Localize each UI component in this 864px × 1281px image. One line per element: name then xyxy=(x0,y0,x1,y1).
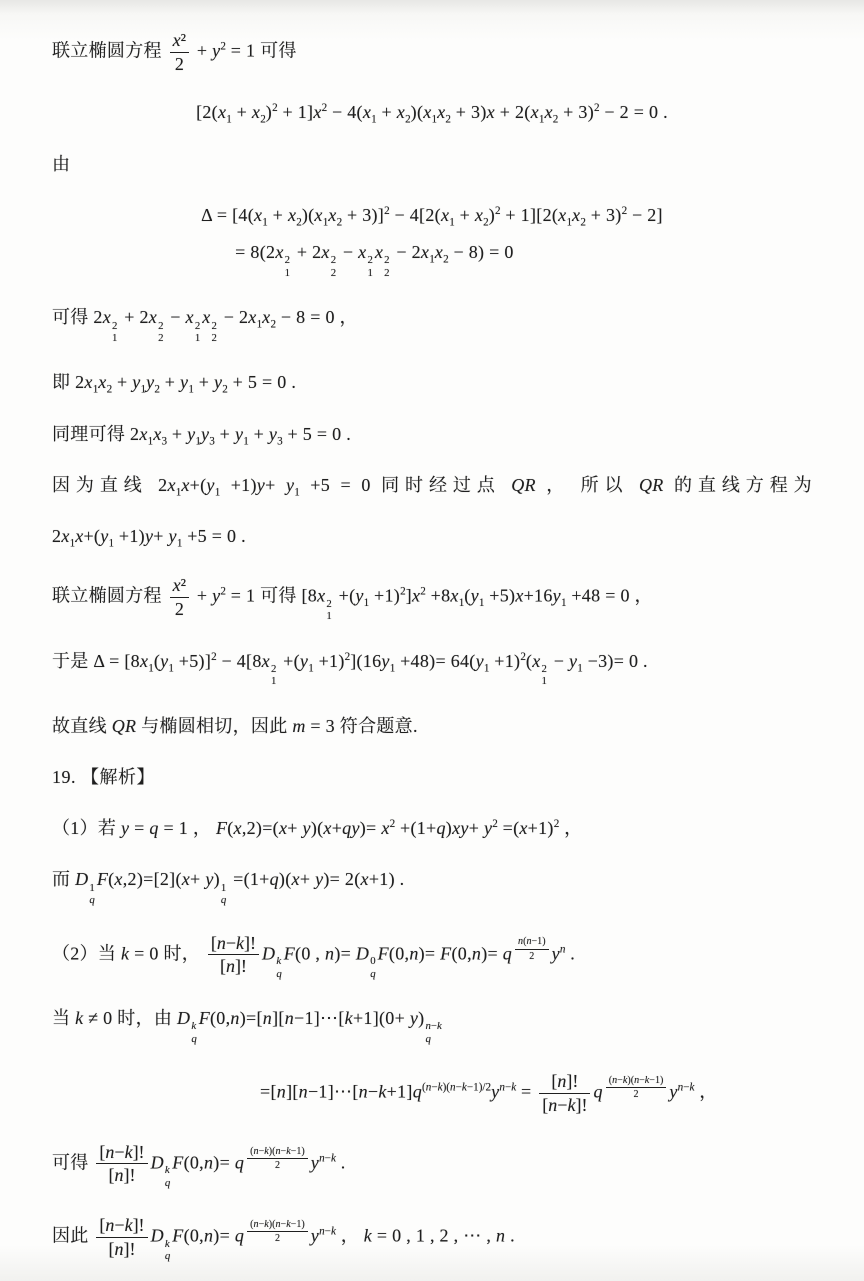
section-heading: 19. 【解析】 xyxy=(52,765,812,790)
text-line: 即 2x1x2 + y1y2 + y1 + y2 + 5 = 0 . xyxy=(52,370,812,395)
text-line: 由 xyxy=(52,152,812,177)
document-body: 联立椭圆方程 x²2 + y2 = 1 可得[2(x1 + x2)2 + 1]x… xyxy=(52,30,812,1263)
text-line: 联立椭圆方程 x²2 + y2 = 1 可得 xyxy=(52,30,812,74)
sup-sub-stack: kq xyxy=(191,1020,196,1045)
sup-sub-stack: 21 xyxy=(367,254,372,279)
text-line: 当 k ≠ 0 时，由 DkqF(0,n)=[n][n−1]⋯[k+1](0+ … xyxy=(52,1006,812,1045)
text-line: （2）当 k = 0 时， [n−k]![n]!DkqF(0 , n)= D0q… xyxy=(52,933,812,981)
scanned-page: { "page": { "background": "#fdfdfc", "te… xyxy=(0,0,864,1281)
sup-sub-stack: 22 xyxy=(212,320,217,345)
text-line: 2x1x+(y1 +1)y+ y1 +5 = 0 . xyxy=(52,524,812,549)
text-line: 可得 [n−k]![n]!DkqF(0,n)= q(n−k)(n−k−1)2yn… xyxy=(52,1142,812,1190)
exponent-fraction: (n−k)(n−k−1)2 xyxy=(246,1219,309,1244)
sup-sub-stack: kq xyxy=(276,955,281,980)
sup-sub-stack: 22 xyxy=(158,320,163,345)
text-line: （1）若 y = q = 1 ， F(x,2)=(x+ y)(x+qy)= x2… xyxy=(52,816,812,841)
text-line: 因此 [n−k]![n]!DkqF(0,n)= q(n−k)(n−k−1)2yn… xyxy=(52,1215,812,1263)
exponent-fraction: (n−k)(n−k−1)2 xyxy=(605,1075,668,1100)
exponent-fraction: (n−k)(n−k−1)2 xyxy=(246,1146,309,1171)
sup-sub-stack: kq xyxy=(165,1238,170,1263)
text-line: 于是 Δ = [8x1(y1 +5)]2 − 4[8x21 +(y1 +1)2]… xyxy=(52,649,812,688)
formula-line: =[n][n−1]⋯[n−k+1]q(n−k)(n−k−1)/2yn−k = [… xyxy=(52,1071,812,1115)
text-line: 故直线 QR 与椭圆相切，因此 m = 3 符合题意. xyxy=(52,714,812,739)
formula-line: Δ = [4(x1 + x2)(x1x2 + 3)]2 − 4[2(x1 + x… xyxy=(52,203,812,279)
fraction: x²2 xyxy=(170,30,189,74)
exponent-fraction: n(n−1)2 xyxy=(514,936,550,961)
fraction: x²2 xyxy=(170,575,189,619)
sup-sub-stack: n−kq xyxy=(425,1020,441,1045)
document-page: 联立椭圆方程 x²2 + y2 = 1 可得[2(x1 + x2)2 + 1]x… xyxy=(0,0,864,1281)
sup-sub-stack: 1q xyxy=(221,882,226,907)
text-line: 因为直线 2x1x+(y1 +1)y+ y1 +5 = 0 同时经过点 QR ，… xyxy=(52,473,812,498)
fraction: [n−k]![n]! xyxy=(96,1215,147,1259)
text-line: 同理可得 2x1x3 + y1y3 + y1 + y3 + 5 = 0 . xyxy=(52,422,812,447)
fraction: [n]![n−k]! xyxy=(539,1071,590,1115)
sup-sub-stack: 21 xyxy=(271,663,276,688)
aligned-equation-block: Δ = [4(x1 + x2)(x1x2 + 3)]2 − 4[2(x1 + x… xyxy=(201,203,663,279)
sup-sub-stack: 21 xyxy=(112,320,117,345)
fraction: [n−k]![n]! xyxy=(208,933,259,977)
sup-sub-stack: 21 xyxy=(542,663,547,688)
sup-sub-stack: 21 xyxy=(195,320,200,345)
text-line: 可得 2x21 + 2x22 − x21x22 − 2x1x2 − 8 = 0 … xyxy=(52,305,812,344)
sup-sub-stack: 21 xyxy=(285,254,290,279)
sup-sub-stack: kq xyxy=(165,1164,170,1189)
sup-sub-stack: 21 xyxy=(326,598,331,623)
sup-sub-stack: 22 xyxy=(384,254,389,279)
text-line: 而 D1qF(x,2)=[2](x+ y)1q =(1+q)(x+ y)= 2(… xyxy=(52,867,812,906)
text-line: 联立椭圆方程 x²2 + y2 = 1 可得 [8x21 +(y1 +1)2]x… xyxy=(52,575,812,623)
fraction: [n−k]![n]! xyxy=(96,1142,147,1186)
equation-row: Δ = [4(x1 + x2)(x1x2 + 3)]2 − 4[2(x1 + x… xyxy=(201,203,663,228)
sup-sub-stack: 1q xyxy=(89,882,94,907)
sup-sub-stack: 22 xyxy=(331,254,336,279)
equation-row: = 8(2x21 + 2x22 − x21x22 − 2x1x2 − 8) = … xyxy=(201,240,663,279)
sup-sub-stack: 0q xyxy=(370,955,375,980)
formula-line: [2(x1 + x2)2 + 1]x2 − 4(x1 + x2)(x1x2 + … xyxy=(52,100,812,125)
